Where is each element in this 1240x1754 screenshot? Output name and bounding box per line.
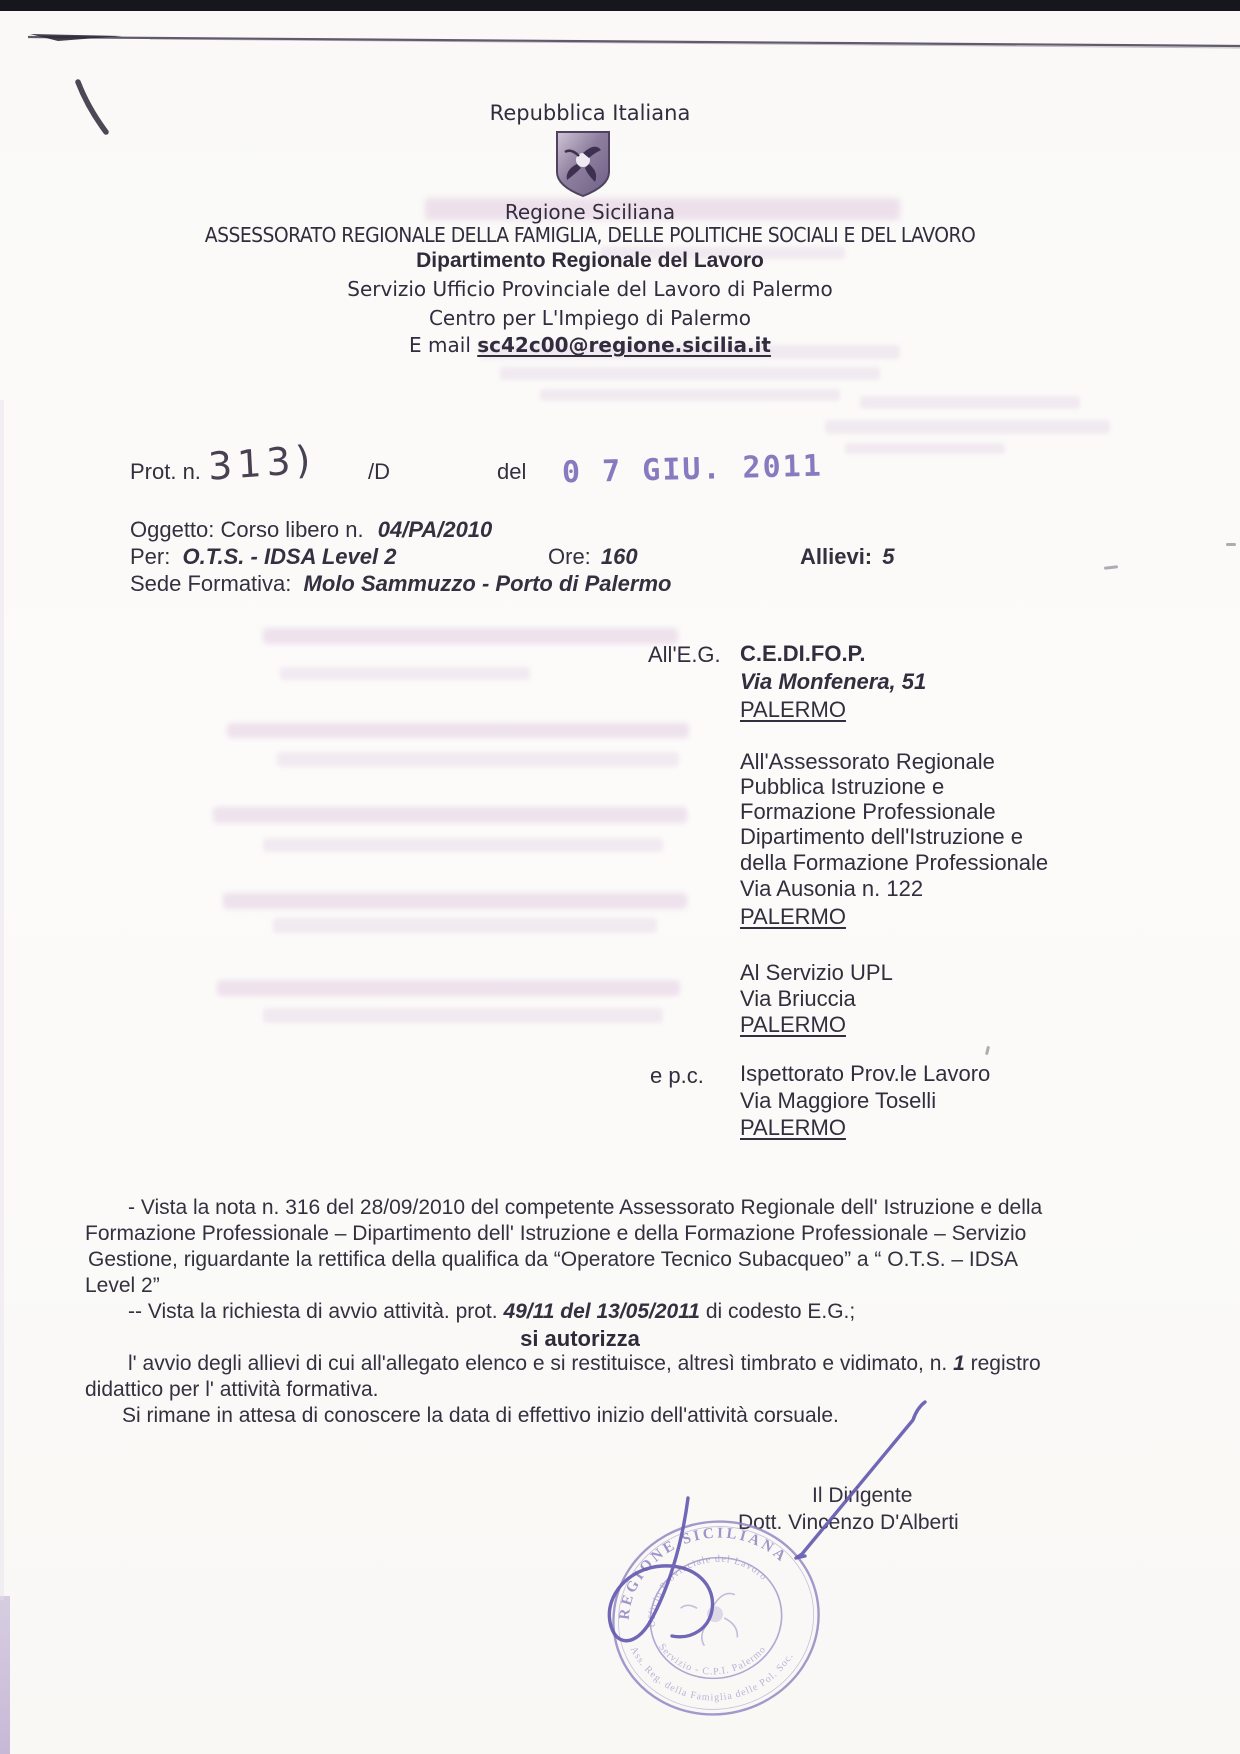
republic-title: Repubblica Italiana [0, 101, 1180, 125]
recipient-line: Formazione Professionale [740, 799, 996, 825]
bleed-through-line [845, 443, 1005, 454]
recipient-city: PALERMO [740, 904, 846, 930]
bleed-through-line [273, 918, 657, 933]
recipient-address: Via Monfenera, 51 [740, 669, 926, 695]
p3-text-end: registro [965, 1352, 1041, 1375]
recipient-intro: e p.c. [650, 1063, 704, 1089]
center-title: Centro per L'Impiego di Palermo [0, 306, 1180, 330]
region-title: Regione Siciliana [0, 200, 1180, 224]
allievi-label: Allievi: [800, 544, 872, 569]
bleed-through-line [280, 667, 530, 680]
protocol-number-handwritten: 313) [207, 437, 316, 488]
scan-fold-line [0, 0, 1240, 70]
per-label: Per: [130, 544, 170, 569]
body-line: Level 2” [85, 1274, 160, 1298]
body-line: Formazione Professionale – Dipartimento … [85, 1222, 1026, 1246]
protocol-label: Prot. n. [130, 459, 201, 485]
recipient-line: Pubblica Istruzione e [740, 774, 944, 800]
ore-value: 160 [601, 544, 638, 569]
scan-left-edge [0, 1596, 10, 1754]
recipient-intro: All'E.G. [648, 642, 721, 668]
bleed-through-line [825, 420, 1110, 434]
ore-line: Ore: 160 [548, 544, 638, 570]
service-title: Servizio Ufficio Provinciale del Lavoro … [0, 277, 1180, 301]
email-address: sc42c00@regione.sicilia.it [477, 333, 771, 357]
per-line: Per: O.T.S. - IDSA Level 2 [130, 544, 396, 570]
bleed-through-line [263, 838, 663, 852]
recipient-line: All'Assessorato Regionale [740, 749, 995, 775]
date-stamp: 0 7 GIU. 2011 [562, 449, 824, 491]
protocol-del-label: del [497, 459, 526, 485]
bleed-through-line [217, 980, 680, 996]
email-line: E mail sc42c00@regione.sicilia.it [0, 333, 1180, 357]
bleed-through-line [500, 367, 880, 380]
department-title: Dipartimento Regionale del Lavoro [0, 249, 1180, 273]
scan-left-edge-faint [0, 400, 4, 1600]
assessorato-title: ASSESSORATO REGIONALE DELLA FAMIGLIA, DE… [35, 223, 1144, 247]
recipient-name: C.E.DI.FO.P. [740, 641, 866, 667]
bleed-through-line [263, 1008, 663, 1023]
recipient-city: PALERMO [740, 1012, 846, 1038]
recipient-line: della Formazione Professionale [740, 850, 1048, 876]
oggetto-line: Oggetto: Corso libero n. 04/PA/2010 [130, 517, 492, 543]
bleed-through-line [223, 893, 687, 909]
scanned-letter-page: Repubblica Italiana Regione Siciliana AS… [0, 0, 1240, 1754]
protocol-suffix: /D [368, 459, 390, 485]
stray-mark [985, 1046, 990, 1055]
allievi-value: 5 [882, 544, 894, 569]
oggetto-value: 04/PA/2010 [378, 517, 493, 542]
allievi-line: Allievi: 5 [800, 544, 895, 570]
bleed-through-line [860, 396, 1080, 409]
body-line: - Vista la nota n. 316 del 28/09/2010 de… [128, 1196, 1042, 1220]
bleed-through-line [277, 752, 679, 767]
sede-value: Molo Sammuzzo - Porto di Palermo [304, 571, 672, 596]
email-label: E mail [409, 333, 471, 357]
bleed-through-line [227, 723, 689, 738]
sede-line: Sede Formativa: Molo Sammuzzo - Porto di… [130, 571, 671, 597]
ore-label: Ore: [548, 544, 591, 569]
bleed-through-line [213, 807, 687, 823]
oggetto-label: Oggetto: Corso libero n. [130, 517, 364, 542]
recipient-city: PALERMO [740, 697, 846, 723]
handwritten-signature [540, 1250, 960, 1670]
bleed-through-line [263, 628, 678, 644]
stray-mark [1104, 565, 1118, 569]
recipient-line: Ispettorato Prov.le Lavoro [740, 1061, 990, 1087]
recipient-city: PALERMO [740, 1115, 846, 1141]
recipient-line: Al Servizio UPL [740, 960, 893, 986]
p2-text: -- Vista la richiesta di avvio attività.… [128, 1300, 503, 1323]
recipient-line: Via Ausonia n. 122 [740, 876, 923, 902]
recipient-line: Via Briuccia [740, 986, 856, 1012]
bleed-through-line [540, 389, 840, 401]
per-value: O.T.S. - IDSA Level 2 [182, 544, 396, 569]
recipient-line: Via Maggiore Toselli [740, 1088, 936, 1114]
recipient-line: Dipartimento dell'Istruzione e [740, 824, 1023, 850]
stray-mark [1226, 543, 1236, 546]
sede-label: Sede Formativa: [130, 571, 291, 596]
body-line: didattico per l' attività formativa. [85, 1378, 378, 1402]
regione-siciliana-emblem [551, 128, 615, 200]
